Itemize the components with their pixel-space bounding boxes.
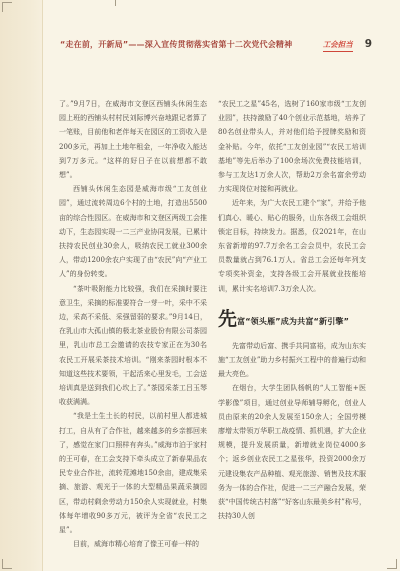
crop-mark-top-left (2, 2, 12, 12)
right-column: “农民工之星”45名，选树了160家市级“工友创业园”，扶持激励了40个创业示范… (218, 97, 366, 552)
paragraph: 目前，威海市精心培育了像王可春一样的 (59, 537, 207, 551)
paragraph: 先富带动后富、携手共同富裕，成为山东实施“工友创业”助力乡村振兴工程中的普遍行动… (218, 339, 366, 382)
header-theme-title: “走在前，开新局”——深入宣传贯彻落实省第十二次党代会精神 (60, 39, 292, 50)
crop-mark-bottom-right (387, 559, 397, 569)
paragraph: 西铺头休闲生态园是威海市级“工友创业园”，通过流转周边6个村的土地，打造出550… (59, 182, 207, 281)
magazine-column-logo: 工会担当 (323, 39, 353, 52)
section-heading-dropcap: 先 (218, 309, 237, 329)
paragraph-continuation: “农民工之星”45名，选树了160家市级“工友创业园”，扶持激励了40个创业示范… (218, 97, 366, 196)
running-header: “走在前，开新局”——深入宣传贯彻落实省第十二次党代会精神 工会担当 9 (60, 38, 372, 52)
paragraph: “茶叶吸附能力比较强，我们在采摘时要注意卫生，采摘的标准要符合一芽一叶，采中不采… (59, 282, 207, 410)
crop-mark-bottom-left (2, 559, 12, 569)
paragraph: 在烟台，大学生团队杨帆的“人工智能+医学影像”项目，通过创业导师辅导孵化，创业人… (218, 381, 366, 523)
section-heading-text: 富“领头雁”成为共富“新引擎” (237, 316, 349, 329)
page-number: 9 (365, 38, 372, 50)
paragraph: “我是土生土长的村民，以前村里人都进城打工，自从有了合作社，越来越多的乡亲都回来… (59, 409, 207, 537)
left-column: 了。”9月7日，在威海市文登区西铺头休闲生态园上班的西铺头村村民刘际博兴奋地跟记… (59, 97, 207, 552)
crop-mark-top-tick (115, 0, 116, 6)
magazine-page: “走在前，开新局”——深入宣传贯彻落实省第十二次党代会精神 工会担当 9 了。”… (0, 0, 400, 571)
paragraph: 近年来，为广大农民工建个“家”，并给予他们真心、暖心、贴心的服务，山东各级工会组… (218, 196, 366, 295)
page-spine-band (0, 0, 43, 571)
paragraph-continuation: 了。”9月7日，在威海市文登区西铺头休闲生态园上班的西铺头村村民刘际博兴奋地跟记… (59, 97, 207, 182)
article-body: 了。”9月7日，在威海市文登区西铺头休闲生态园上班的西铺头村村民刘际博兴奋地跟记… (59, 97, 366, 552)
section-heading: 先 富“领头雁”成为共富“新引擎” (218, 309, 366, 329)
